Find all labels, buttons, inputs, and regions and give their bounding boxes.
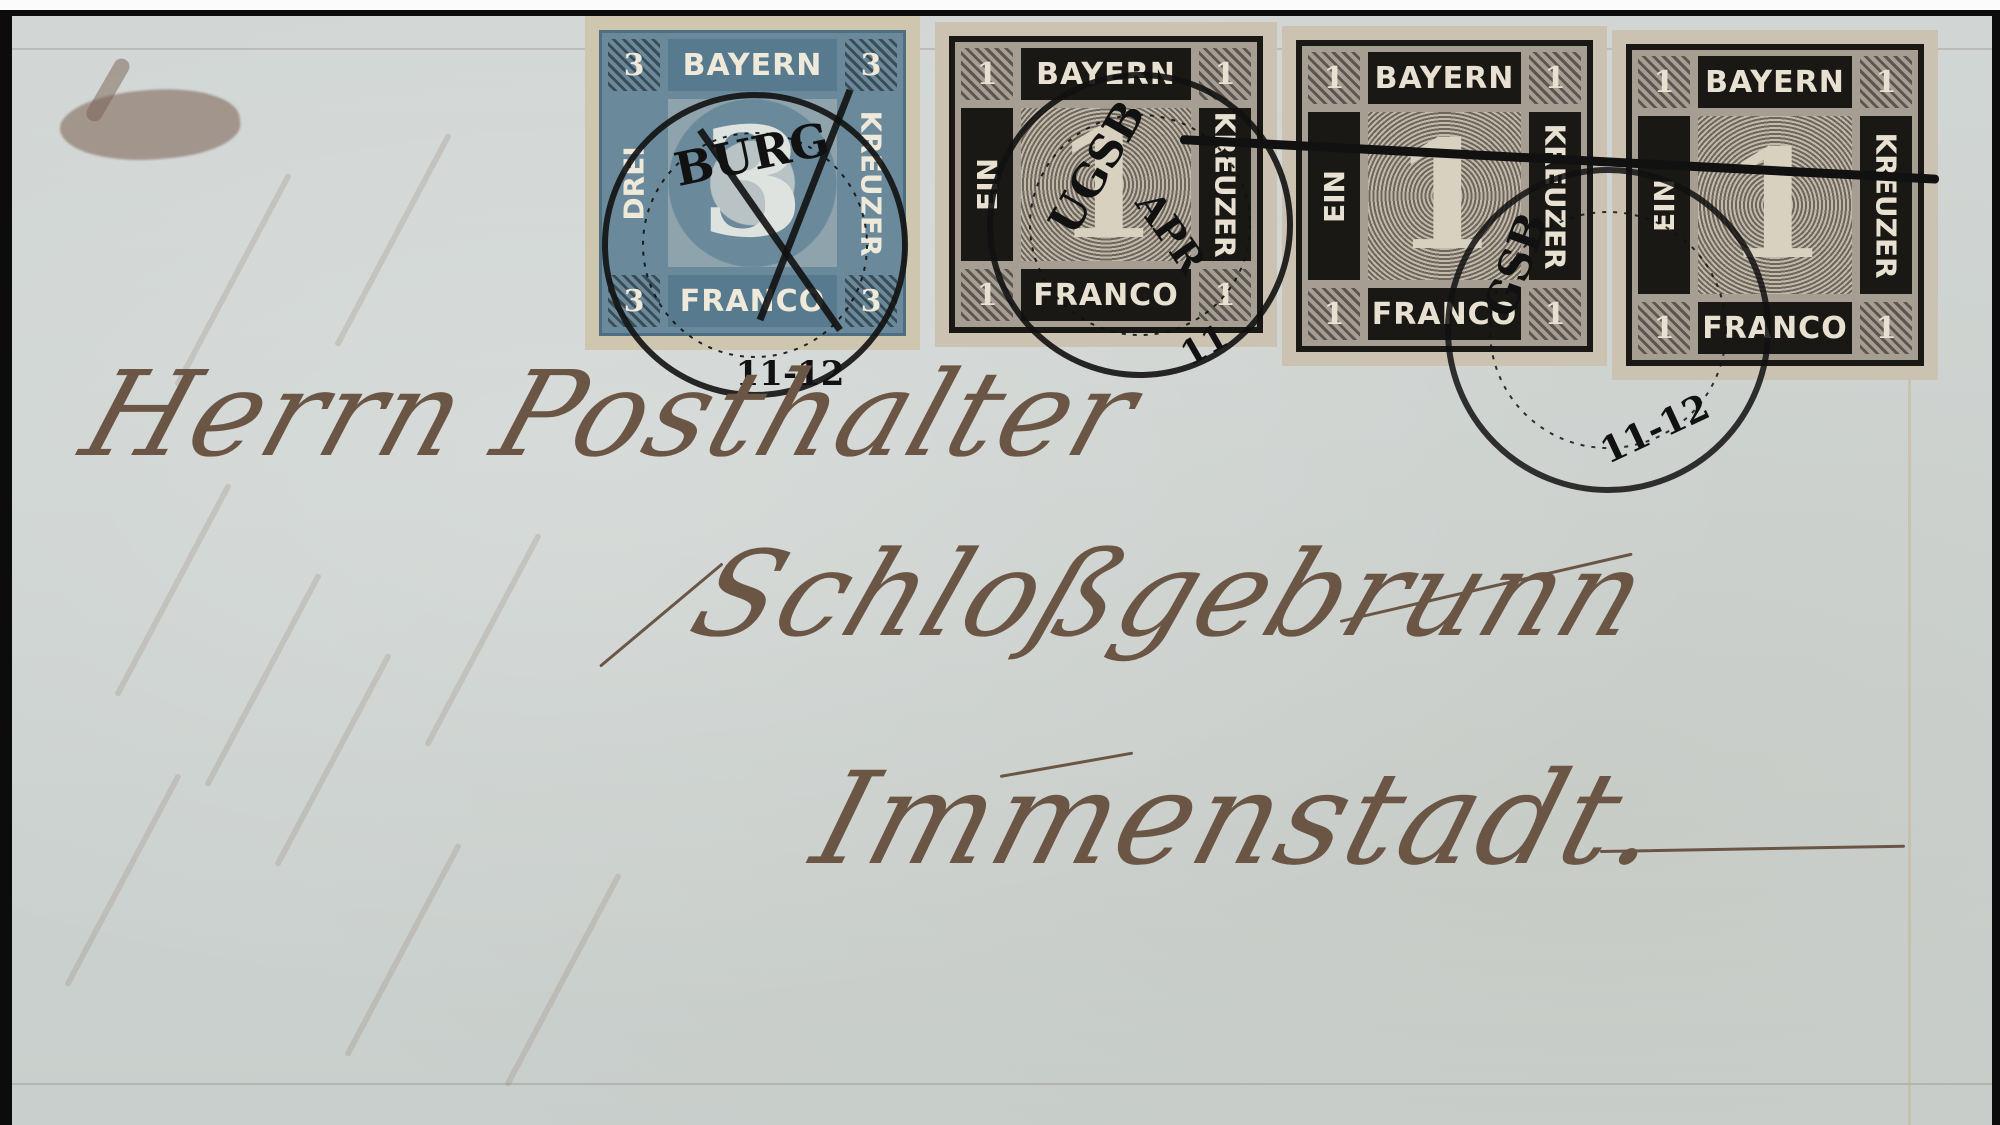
stamp-corner-numeral: 1 xyxy=(1860,56,1912,108)
stamp-franco-label: FRANCO xyxy=(1698,302,1852,354)
address-line-3: Immenstadt. xyxy=(799,745,1683,894)
stamp-country-label: BAYERN xyxy=(668,39,837,91)
stamp-value-numeral: 1 xyxy=(1698,116,1852,294)
stamp-corner-numeral: 1 xyxy=(961,269,1013,321)
stamp-1-kreuzer-black: 1 1 1 1 BAYERN FRANCO EIN KREUZER 1 xyxy=(935,22,1277,347)
paper-fold-bottom xyxy=(12,1083,1992,1085)
stamp-corner-numeral: 1 xyxy=(1308,52,1360,104)
stamp-right-text: KREUZER xyxy=(1209,111,1242,257)
address-line-2: Schloßgebrunn xyxy=(675,525,1667,663)
stamp-corner-numeral: 3 xyxy=(845,275,897,327)
stamp-corner-numeral: 3 xyxy=(845,39,897,91)
stamp-left-label: EIN xyxy=(1638,116,1690,294)
stamp-right-label: KREUZER xyxy=(1529,112,1581,280)
stamp-frame: 3 3 3 3 BAYERN FRANCO DREI KREUZER 3 xyxy=(599,30,906,336)
scan-top-margin xyxy=(0,0,2000,10)
stamp-left-text: DREI xyxy=(618,146,651,220)
stamp-left-label: DREI xyxy=(608,99,660,267)
stamp-frame: 1 1 1 1 BAYERN FRANCO EIN KREUZER 1 xyxy=(1296,40,1593,352)
stamp-value-numeral: 3 xyxy=(668,99,837,267)
stamp-left-label: EIN xyxy=(1308,112,1360,280)
stamp-corner-numeral: 1 xyxy=(1860,302,1912,354)
stamp-frame: 1 1 1 1 BAYERN FRANCO EIN KREUZER 1 xyxy=(1626,44,1924,366)
paper-fold-right xyxy=(1908,380,1911,1125)
stamp-corner-numeral: 1 xyxy=(1199,48,1251,100)
stamp-corner-numeral: 1 xyxy=(1199,269,1251,321)
stamp-franco-label: FRANCO xyxy=(1021,269,1191,321)
stamp-right-text: KREUZER xyxy=(855,110,888,256)
stamp-right-text: KREUZER xyxy=(1870,132,1903,278)
stamp-country-label: BAYERN xyxy=(1698,56,1852,108)
stamp-country-label: BAYERN xyxy=(1021,48,1191,100)
stamp-corner-numeral: 1 xyxy=(1529,288,1581,340)
stamp-left-text: EIN xyxy=(1648,179,1681,232)
stamp-corner-numeral: 1 xyxy=(1529,52,1581,104)
stamp-frame: 1 1 1 1 BAYERN FRANCO EIN KREUZER 1 xyxy=(949,36,1263,333)
address-line-1: Herrn Posthalter xyxy=(68,345,1155,483)
stamp-corner-numeral: 1 xyxy=(961,48,1013,100)
stamp-corner-numeral: 3 xyxy=(608,39,660,91)
stamp-left-text: EIN xyxy=(1318,170,1351,223)
stamp-country-label: BAYERN xyxy=(1368,52,1521,104)
stamp-value-numeral: 1 xyxy=(1021,108,1191,261)
stamp-right-label: KREUZER xyxy=(1860,116,1912,294)
stamp-franco-label: FRANCO xyxy=(1368,288,1521,340)
stamp-value-numeral: 1 xyxy=(1368,112,1521,280)
stamp-right-label: KREUZER xyxy=(845,99,897,267)
stamp-1-kreuzer-black: 1 1 1 1 BAYERN FRANCO EIN KREUZER 1 xyxy=(1612,30,1938,380)
stamp-left-label: EIN xyxy=(961,108,1013,261)
stamp-corner-numeral: 1 xyxy=(1638,56,1690,108)
stamp-corner-numeral: 3 xyxy=(608,275,660,327)
stamp-1-kreuzer-black: 1 1 1 1 BAYERN FRANCO EIN KREUZER 1 xyxy=(1282,26,1607,366)
stamp-right-label: KREUZER xyxy=(1199,108,1251,261)
stamp-corner-numeral: 1 xyxy=(1308,288,1360,340)
stamp-left-text: EIN xyxy=(971,158,1004,211)
stamp-corner-numeral: 1 xyxy=(1638,302,1690,354)
stamp-3-kreuzer-blue: 3 3 3 3 BAYERN FRANCO DREI KREUZER 3 xyxy=(585,16,920,350)
stamp-right-text: KREUZER xyxy=(1539,123,1572,269)
stamp-franco-label: FRANCO xyxy=(668,275,837,327)
